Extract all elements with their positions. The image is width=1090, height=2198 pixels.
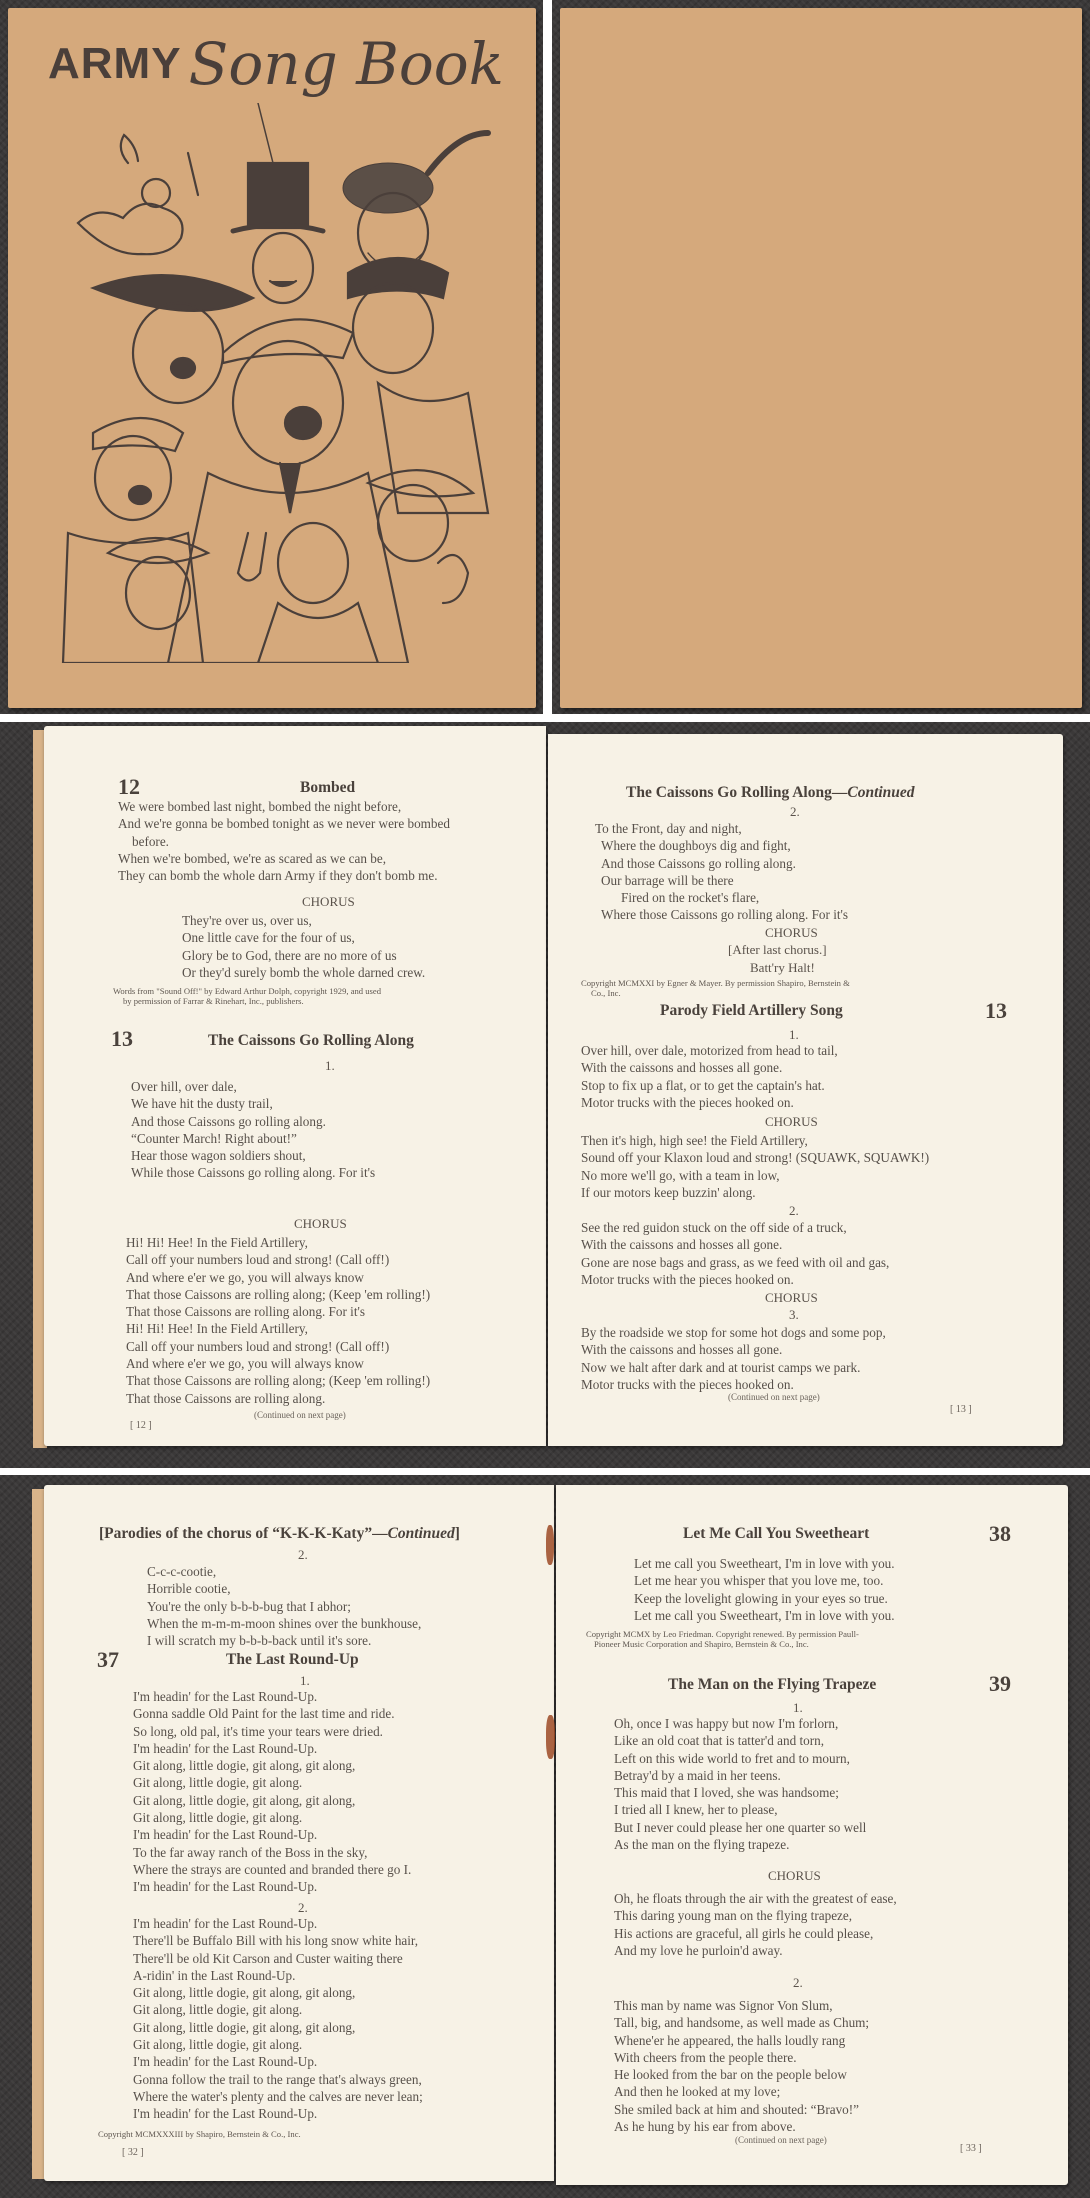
parody-verse-1: Over hill, over dale, motorized from hea… [581,1042,838,1111]
song-number-39: 39 [989,1671,1011,1697]
song-title-last-round-up: The Last Round-Up [226,1651,359,1669]
caissons-verse-1: Over hill, over dale, We have hit the du… [131,1078,375,1182]
caissons-chorus: Hi! Hi! Hee! In the Field Artillery, Cal… [126,1234,430,1407]
cover-title-army: ARMY [48,39,182,88]
caissons-continued-title: The Caissons Go Rolling Along—Continued [626,784,915,802]
song-title-parody: Parody Field Artillery Song [660,1002,843,1020]
song-number-13-parody: 13 [985,998,1007,1024]
caissons-verse-2-number: 2. [790,804,800,820]
caissons-credit: Copyright MCMXXI by Egner & Mayer. By pe… [581,978,850,998]
trapeze-verse-2-number: 2. [793,1975,803,1991]
caissons-chorus-label: CHORUS [294,1216,347,1232]
bombed-verse: We were bombed last night, bombed the ni… [118,798,450,884]
round-up-verse-1-number: 1. [300,1673,310,1689]
song-title-bombed: Bombed [300,779,355,797]
bombed-chorus: They're over us, over us, One little cav… [182,912,425,981]
parody-verse-2-chorus-label: CHORUS [765,1290,818,1306]
trapeze-chorus-label: CHORUS [768,1868,821,1884]
katy-continued-title: [Parodies of the chorus of “K-K-K-Katy”—… [99,1525,460,1543]
round-up-credit: Copyright MCMXXXIII by Shapiro, Bernstei… [98,2129,301,2139]
continued-note-33: (Continued on next page) [735,2135,827,2145]
bombed-credit: Words from "Sound Off!" by Edward Arthur… [113,986,381,1006]
round-up-verse-2: I'm headin' for the Last Round-Up. There… [133,1915,423,2123]
trapeze-verse-1: Oh, once I was happy but now I'm forlorn… [614,1715,866,1853]
parody-verse-3: By the roadside we stop for some hot dog… [581,1324,886,1393]
after-last-chorus-note: [After last chorus.] [728,942,827,958]
round-up-verse-1: I'm headin' for the Last Round-Up. Gonna… [133,1688,411,1896]
page-number-32: [ 32 ] [122,2147,144,2158]
parody-verse-2: See the red guidon stuck on the off side… [581,1219,889,1288]
caissons-verse-number: 1. [325,1058,335,1074]
cover-title-song-book: Song Book [189,30,504,98]
song-number-38: 38 [989,1521,1011,1547]
parody-verse-3-number: 3. [789,1307,799,1323]
back-cover [560,8,1082,708]
parody-chorus-label: CHORUS [765,1114,818,1130]
cover-illustration-icon [48,103,498,663]
round-up-verse-2-number: 2. [298,1900,308,1916]
song-number-37: 37 [97,1647,119,1673]
parody-verse-1-number: 1. [789,1027,799,1043]
caissons-right-chorus-label: CHORUS [765,925,818,941]
katy-verse-number: 2. [298,1547,308,1563]
trapeze-chorus: Oh, he floats through the air with the g… [614,1890,897,1959]
bombed-chorus-label: CHORUS [302,894,355,910]
sweetheart-lines: Let me call you Sweetheart, I'm in love … [634,1555,895,1624]
song-title-trapeze: The Man on the Flying Trapeze [668,1676,876,1694]
song-number-13: 13 [111,1026,133,1052]
battery-halt: Batt'ry Halt! [750,960,815,976]
song-title-sweetheart: Let Me Call You Sweetheart [683,1525,869,1543]
spread-12-13-photo: 12 Bombed We were bombed last night, bom… [0,722,1090,1468]
page-number-12: [ 12 ] [130,1420,152,1431]
continued-note-12: (Continued on next page) [254,1410,346,1420]
parody-chorus: Then it's high, high see! the Field Arti… [581,1132,929,1201]
trapeze-verse-2: This man by name was Signor Von Slum, Ta… [614,1997,869,2135]
front-cover-photo: ARMY Song Book [0,0,543,714]
song-number-12: 12 [118,774,140,800]
front-cover: ARMY Song Book [8,8,536,708]
trapeze-verse-1-number: 1. [793,1700,803,1716]
page-number-33: [ 33 ] [960,2143,982,2154]
back-cover-photo [552,0,1090,714]
continued-note-13: (Continued on next page) [728,1392,820,1402]
spread-32-33-photo: [Parodies of the chorus of “K-K-K-Katy”—… [0,1475,1090,2198]
binding-stain-top [546,1525,554,1565]
katy-verse: C-c-c-cootie, Horrible cootie, You're th… [147,1563,421,1649]
caissons-verse-2: To the Front, day and night, Where the d… [595,820,848,924]
binding-stain-bottom [546,1715,555,1759]
sweetheart-credit: Copyright MCMX by Leo Friedman. Copyrigh… [586,1629,859,1649]
cover-title: ARMY Song Book [48,30,504,98]
page-number-13: [ 13 ] [950,1404,972,1415]
song-title-caissons: The Caissons Go Rolling Along [208,1032,414,1050]
parody-verse-2-number: 2. [789,1203,799,1219]
